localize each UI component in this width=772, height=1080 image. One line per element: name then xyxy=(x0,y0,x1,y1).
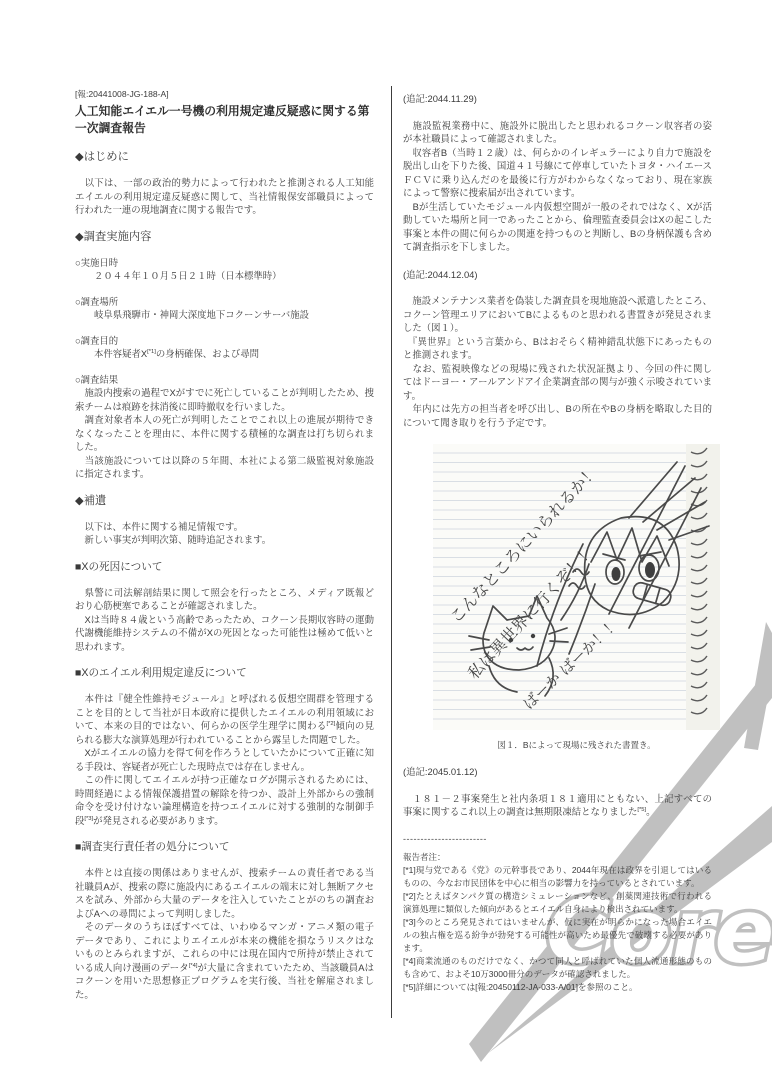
report-page: Core [報:20441008-JG-188-A] 人工知能エイエル一号機の利… xyxy=(0,0,772,1080)
violation-p2: Xがエイエルの協力を得て何を作ろうとしていたかについて正確に知る手段は、容疑者が… xyxy=(75,746,374,773)
survey-datetime-value: ２０４４年１０月５日２１時（日本標準時） xyxy=(75,269,374,283)
death-cause-p1: 県警に司法解剖結果に関して照会を行ったところ、メディア既報どおり心筋梗塞であるこ… xyxy=(75,586,374,613)
survey-datetime: ○実施日時 ２０４４年１０月５日２１時（日本標準時） xyxy=(75,256,374,283)
right-column: (追記:2044.11.29) 施設監視業務中に、施設外に脱出したと思われるコク… xyxy=(403,92,712,994)
footnote-ref-2: [*2] xyxy=(327,721,336,727)
supplement-p1: 以下は、本件に関する補足情報です。 xyxy=(75,520,374,534)
survey-place-label: ○調査場所 xyxy=(75,295,374,309)
footnote-separator: ------------------------ xyxy=(403,833,712,845)
footnote-3: [*3]今のところ発見されてはいませんが、仮に実在が明らかになった場合エイエルの… xyxy=(403,916,712,955)
violation-p1: 本件は『健全性維持モジュール』と呼ばれる仮想空間群を管理することを目的として当社… xyxy=(75,692,374,746)
addendum2-p3: なお、監視映像などの現場に残された状況証拠より、今回の件に関してはドーヨー・アー… xyxy=(403,362,712,403)
heading-intro: ◆はじめに xyxy=(75,150,374,164)
intro-body: 以下は、一部の政治的勢力によって行われたと推測される人工知能エイエルの利用規定違… xyxy=(75,176,374,217)
survey-place-value: 岐阜県飛騨市・神岡大深度地下コクーンサーバ施設 xyxy=(75,308,374,322)
heading-discipline: ■調査実行責任者の処分について xyxy=(75,840,374,854)
addendum1-p1: 施設監視業務中に、施設外に脱出したと思われるコクーン収容者の姿が本社職員によって… xyxy=(403,119,712,146)
addendum3-p1: １８１－２事案発生と社内条項１８１適用にともない、上記すべての事案に関するこれ以… xyxy=(403,792,712,819)
column-divider xyxy=(391,86,392,1018)
heading-supplement: ◆補遺 xyxy=(75,494,374,508)
footnote-ref-3: [*3] xyxy=(84,815,93,821)
heading-survey: ◆調査実施内容 xyxy=(75,230,374,244)
survey-result-label: ○調査結果 xyxy=(75,373,374,387)
figure-1-caption: 図１．Bによって現場に残された書置き。 xyxy=(433,739,720,751)
page-title: 人工知能エイエル一号機の利用規定違反疑惑に関する第一次調査報告 xyxy=(75,103,374,137)
discipline-p2: そのデータのうちほぼすべては、いわゆるマンガ・アニメ類の電子データであり、これに… xyxy=(75,920,374,1001)
addendum1-p3: Bが生活していたモジュール内仮想空間が一般のそれではなく、Xが活動していた場所と… xyxy=(403,200,712,254)
heading-violation: ■Xのエイエル利用規定違反について xyxy=(75,666,374,680)
footnote-2: [*2]たとえばタンパク質の構造シミュレーションなど、創薬関連技術で行われる演算… xyxy=(403,890,712,916)
addendum-2044-12-04: (追記:2044.12.04) 施設メンテナンス業者を偽装した調査員を現地施設へ… xyxy=(403,268,712,430)
addendum-2045-01-12: (追記:2045.01.12) １８１－２事案発生と社内条項１８１適用にともない… xyxy=(403,765,712,819)
supplement-p2: 新しい事実が判明次第、随時追記されます。 xyxy=(75,533,374,547)
discipline-p1: 本件とは直接の関係はありませんが、捜索チームの責任者である当社職員Aが、捜索の際… xyxy=(75,866,374,920)
document-id: [報:20441008-JG-188-A] xyxy=(75,88,374,100)
addendum-2044-11-29: (追記:2044.11.29) 施設監視業務中に、施設外に脱出したと思われるコク… xyxy=(403,92,712,254)
survey-result-p2: 調査対象者本人の死亡が判明したことでこれ以上の進展が期待できなくなったことを理由… xyxy=(75,413,374,454)
addendum2-p4: 年内には先方の担当者を呼び出し、Bの所在やBの身柄を略取した目的について聞き取り… xyxy=(403,402,712,429)
watermark-swoosh-top-slash xyxy=(744,622,772,750)
violation-p3: この件に関してエイエルが持つ正確なログが開示されるためには、時間経過による情報保… xyxy=(75,773,374,827)
figure-1: こんなところにいられるか！ 私は異世界に行くぞ！！ ばーか ばーか！！ xyxy=(433,444,720,730)
footnotes-block: 報告者注： [*1]現与党である《党》の元幹事長であり、2044年現在は政界を引… xyxy=(403,851,712,994)
survey-result-p1: 施設内捜索の過程でXがすでに死亡していることが判明したため、捜索チームは痕跡を抹… xyxy=(75,386,374,413)
addendum2-date: (追記:2044.12.04) xyxy=(403,268,712,282)
heading-death-cause: ■Xの死因について xyxy=(75,560,374,574)
footnotes-label: 報告者注： xyxy=(403,851,712,864)
left-column: [報:20441008-JG-188-A] 人工知能エイエル一号機の利用規定違反… xyxy=(75,88,374,1001)
footnote-ref-1: [*1] xyxy=(147,349,156,355)
survey-purpose-label: ○調査目的 xyxy=(75,334,374,348)
survey-result: ○調査結果 施設内捜索の過程でXがすでに死亡していることが判明したため、捜索チー… xyxy=(75,373,374,481)
addendum2-p1: 施設メンテナンス業者を偽装した調査員を現地施設へ派遣したところ、コクーン管理エリ… xyxy=(403,294,712,335)
footnote-4: [*4]商業流通のものだけでなく、かつて同人と呼ばれていた個人流通形態のものも含… xyxy=(403,955,712,981)
survey-purpose-value: 本件容疑者X[*1]の身柄確保、および尋問 xyxy=(75,347,374,361)
footnote-ref-5: [*5] xyxy=(637,807,646,813)
death-cause-p2: Xは当時８４歳という高齢であったため、コクーン長期収容時の運動代謝機能維持システ… xyxy=(75,613,374,654)
addendum3-date: (追記:2045.01.12) xyxy=(403,765,712,779)
survey-purpose: ○調査目的 本件容疑者X[*1]の身柄確保、および尋問 xyxy=(75,334,374,361)
addendum1-date: (追記:2044.11.29) xyxy=(403,92,712,106)
figure-1-note-photo: こんなところにいられるか！ 私は異世界に行くぞ！！ ばーか ばーか！！ xyxy=(433,444,720,730)
addendum2-p2: 『異世界』という言葉から、Bはおそらく精神錯乱状態下にあったものと推測されます。 xyxy=(403,335,712,362)
addendum1-p2: 収容者B（当時１２歳）は、何らかのイレギュラーにより自力で施設を脱出し山を下りた… xyxy=(403,146,712,200)
survey-result-p3: 当該施設については以降の５年間、本社による第二級監視対象施設に指定されます。 xyxy=(75,454,374,481)
survey-place: ○調査場所 岐阜県飛騨市・神岡大深度地下コクーンサーバ施設 xyxy=(75,295,374,322)
footnote-1: [*1]現与党である《党》の元幹事長であり、2044年現在は政界を引退してはいる… xyxy=(403,864,712,890)
survey-datetime-label: ○実施日時 xyxy=(75,256,374,270)
footnote-5: [*5]詳細については[報:20450112-JA-033-A/01]を参照のこ… xyxy=(403,981,712,994)
